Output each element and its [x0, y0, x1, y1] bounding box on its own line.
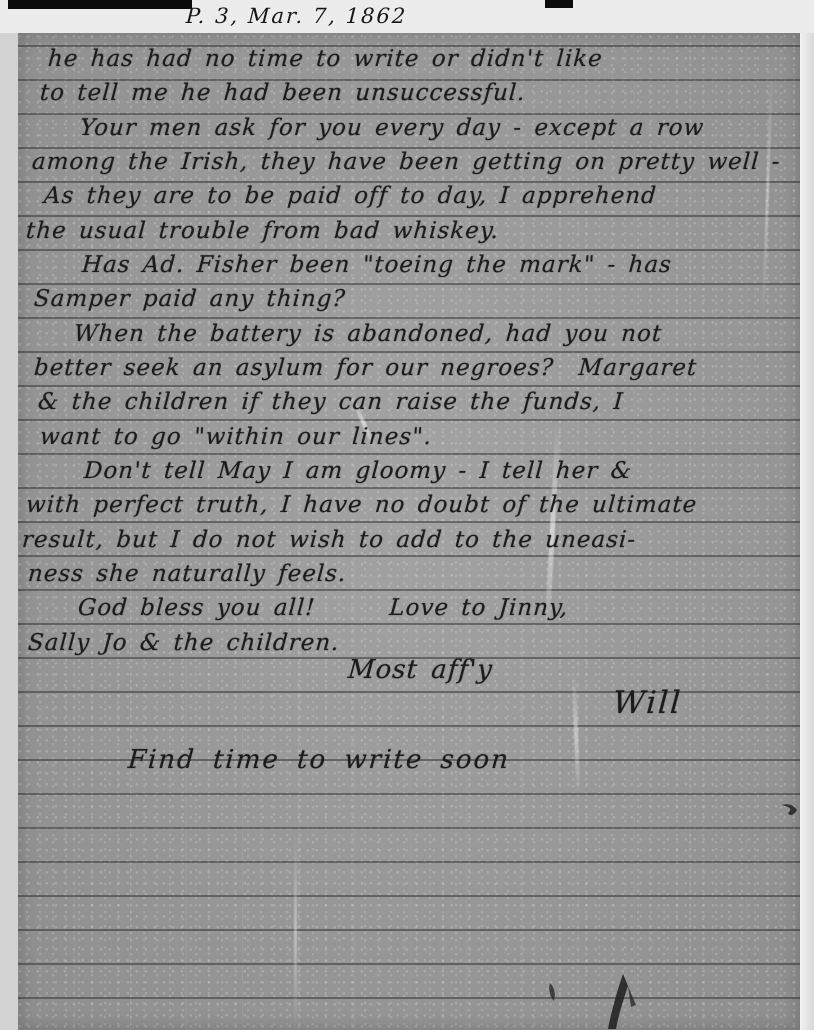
letter-line: to tell me he had been unsuccessful.: [39, 76, 527, 110]
letter-line: he has had no time to write or didn't li…: [47, 42, 604, 76]
letter-line: result, but I do not wish to add to the …: [21, 523, 638, 557]
letter-line: ness she naturally feels.: [27, 557, 348, 591]
letter-closing: Most aff'y: [347, 655, 494, 685]
letter-line: Don't tell May I am gloomy - I tell her …: [83, 454, 633, 488]
letter-line: When the battery is abandoned, had you n…: [73, 317, 664, 351]
letter-line: Has Ad. Fisher been "toeing the mark" - …: [81, 248, 673, 282]
scanned-letter-page: P. 3, Mar. 7, 1862 he has had no time to…: [0, 0, 814, 1030]
scan-artifact-bar-left: [8, 0, 192, 9]
letter-line: the usual trouble from bad whiskey.: [25, 214, 500, 248]
scan-artifact-bar-mid: [545, 0, 573, 8]
letter-line: & the children if they can raise the fun…: [37, 385, 625, 419]
letter-line: among the Irish, they have been getting …: [31, 145, 782, 179]
ink-mark: [598, 971, 648, 1030]
ink-spot: [546, 981, 562, 1003]
letter-line: better seek an asylum for our negroes? M…: [33, 351, 699, 385]
letter-postscript: Find time to write soon: [127, 745, 511, 775]
paper-scratch: [572, 673, 580, 793]
letter-line: As they are to be paid off to day, I app…: [43, 179, 658, 213]
ink-hook: [780, 801, 800, 819]
paper-scratch: [761, 63, 773, 323]
letter-line: Your men ask for you every day - except …: [79, 111, 706, 145]
letter-line: God bless you all! Love to Jinny,: [77, 591, 570, 625]
letter-line: Samper paid any thing?: [33, 282, 347, 316]
letter-paper: he has had no time to write or didn't li…: [18, 33, 800, 1030]
letter-line: Sally Jo & the children.: [27, 626, 341, 660]
letter-line: want to go "within our lines".: [39, 420, 433, 454]
page-number-date: P. 3, Mar. 7, 1862: [185, 4, 407, 28]
paper-scratch: [294, 833, 297, 1030]
scan-right-margin: [800, 33, 814, 1030]
letter-signature: Will: [612, 685, 684, 721]
letter-line: with perfect truth, I have no doubt of t…: [25, 488, 699, 522]
